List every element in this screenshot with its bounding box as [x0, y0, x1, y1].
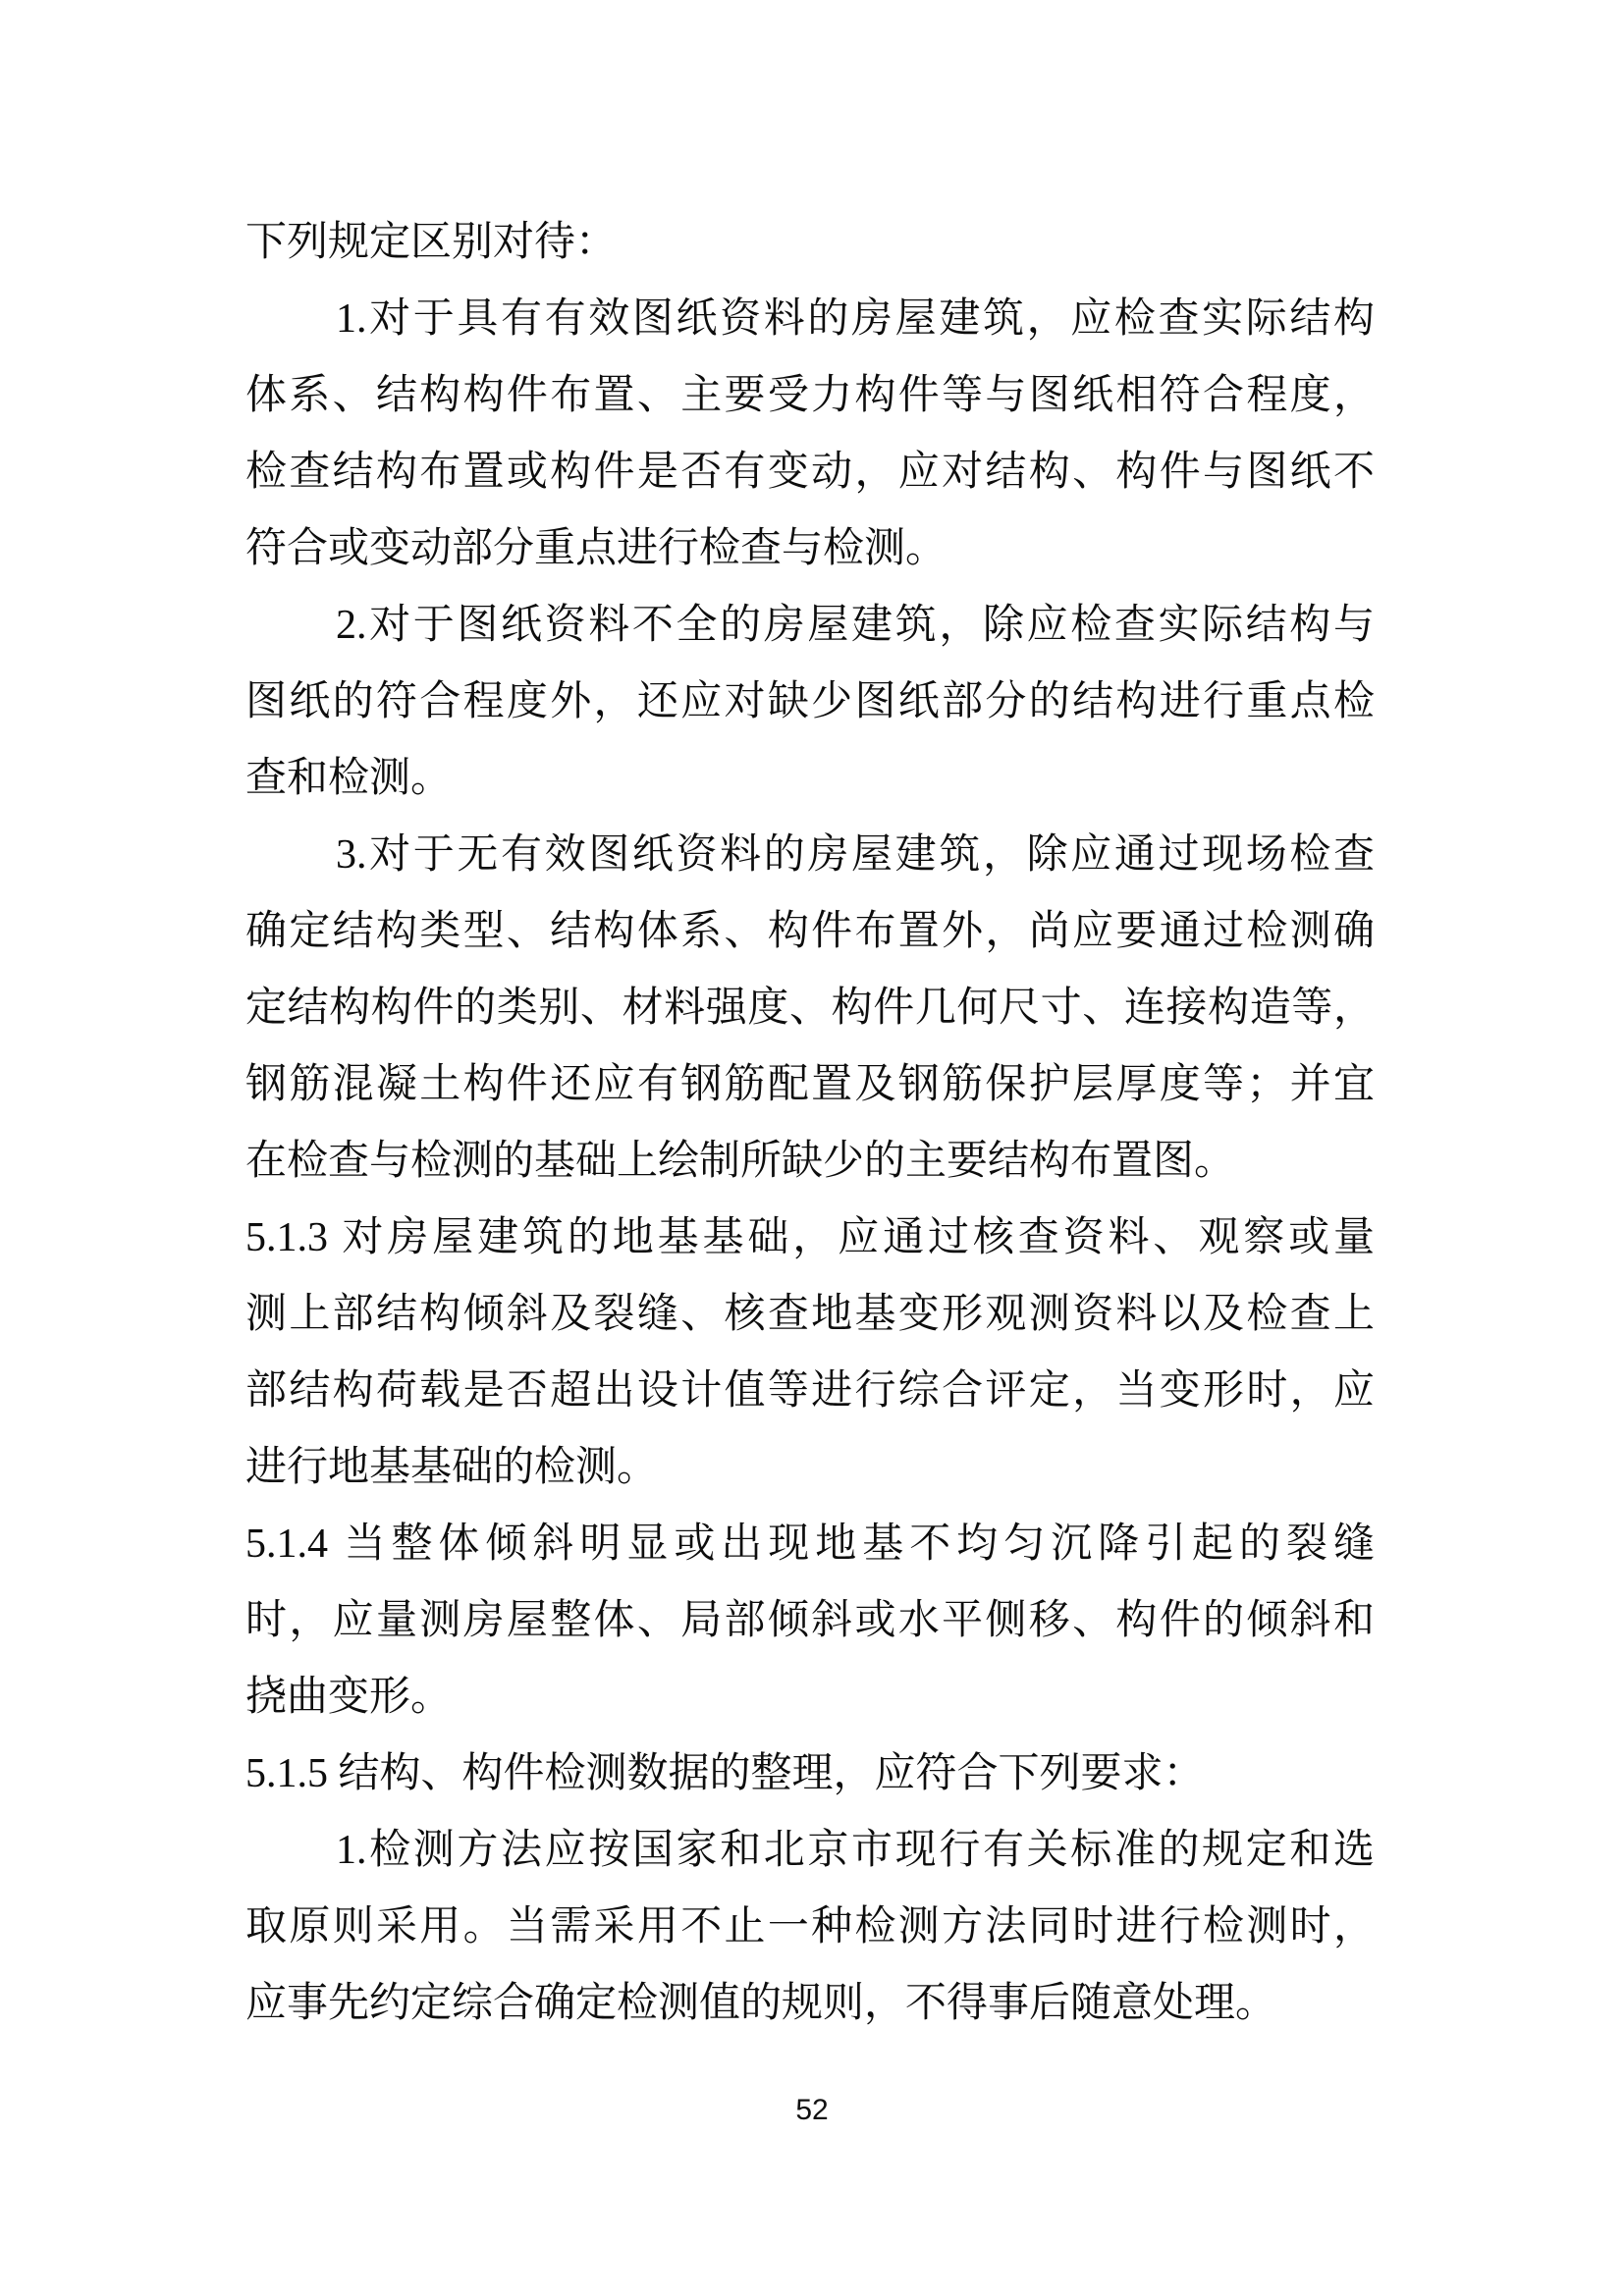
- document-page: 下列规定区别对待： 1.对于具有有效图纸资料的房屋建筑，应检查实际结构 体系、结…: [0, 0, 1624, 2296]
- document-line: 确定结构类型、结构体系、构件布置外，尚应要通过检测确: [245, 893, 1375, 970]
- document-line-list-item-1: 1.对于具有有效图纸资料的房屋建筑，应检查实际结构: [245, 281, 1375, 357]
- document-line-clause-5-1-4: 5.1.4 当整体倾斜明显或出现地基不均匀沉降引起的裂缝: [245, 1506, 1375, 1582]
- document-line: 钢筋混凝土构件还应有钢筋配置及钢筋保护层厚度等；并宜: [245, 1046, 1375, 1123]
- document-line: 部结构荷载是否超出设计值等进行综合评定，当变形时，应: [245, 1353, 1375, 1429]
- document-line: 检查结构布置或构件是否有变动，应对结构、构件与图纸不: [245, 434, 1375, 510]
- document-line: 测上部结构倾斜及裂缝、核查地基变形观测资料以及检查上: [245, 1276, 1375, 1353]
- document-line: 下列规定区别对待：: [245, 204, 1375, 281]
- document-line-list-item-2: 2.对于图纸资料不全的房屋建筑，除应检查实际结构与: [245, 587, 1375, 664]
- document-line: 图纸的符合程度外，还应对缺少图纸部分的结构进行重点检: [245, 664, 1375, 740]
- document-line-clause-5-1-3: 5.1.3 对房屋建筑的地基基础，应通过核查资料、观察或量: [245, 1200, 1375, 1276]
- document-line: 时，应量测房屋整体、局部倾斜或水平侧移、构件的倾斜和: [245, 1582, 1375, 1659]
- document-line-clause-5-1-5: 5.1.5 结构、构件检测数据的整理，应符合下列要求：: [245, 1735, 1375, 1812]
- document-line: 挠曲变形。: [245, 1659, 1375, 1735]
- document-line: 取原则采用。当需采用不止一种检测方法同时进行检测时，: [245, 1889, 1375, 1965]
- document-line: 定结构构件的类别、材料强度、构件几何尺寸、连接构造等，: [245, 970, 1375, 1046]
- page-number: 52: [0, 2093, 1624, 2128]
- document-line: 应事先约定综合确定检测值的规则，不得事后随意处理。: [245, 1965, 1375, 2042]
- document-line: 进行地基基础的检测。: [245, 1429, 1375, 1506]
- document-line: 符合或变动部分重点进行检查与检测。: [245, 510, 1375, 587]
- document-line: 查和检测。: [245, 740, 1375, 817]
- document-line-list-item-1: 1.检测方法应按国家和北京市现行有关标准的规定和选: [245, 1812, 1375, 1889]
- document-line-list-item-3: 3.对于无有效图纸资料的房屋建筑，除应通过现场检查: [245, 817, 1375, 893]
- document-text-block: 下列规定区别对待： 1.对于具有有效图纸资料的房屋建筑，应检查实际结构 体系、结…: [245, 204, 1375, 2042]
- document-line: 在检查与检测的基础上绘制所缺少的主要结构布置图。: [245, 1123, 1375, 1200]
- document-line: 体系、结构构件布置、主要受力构件等与图纸相符合程度，: [245, 357, 1375, 434]
